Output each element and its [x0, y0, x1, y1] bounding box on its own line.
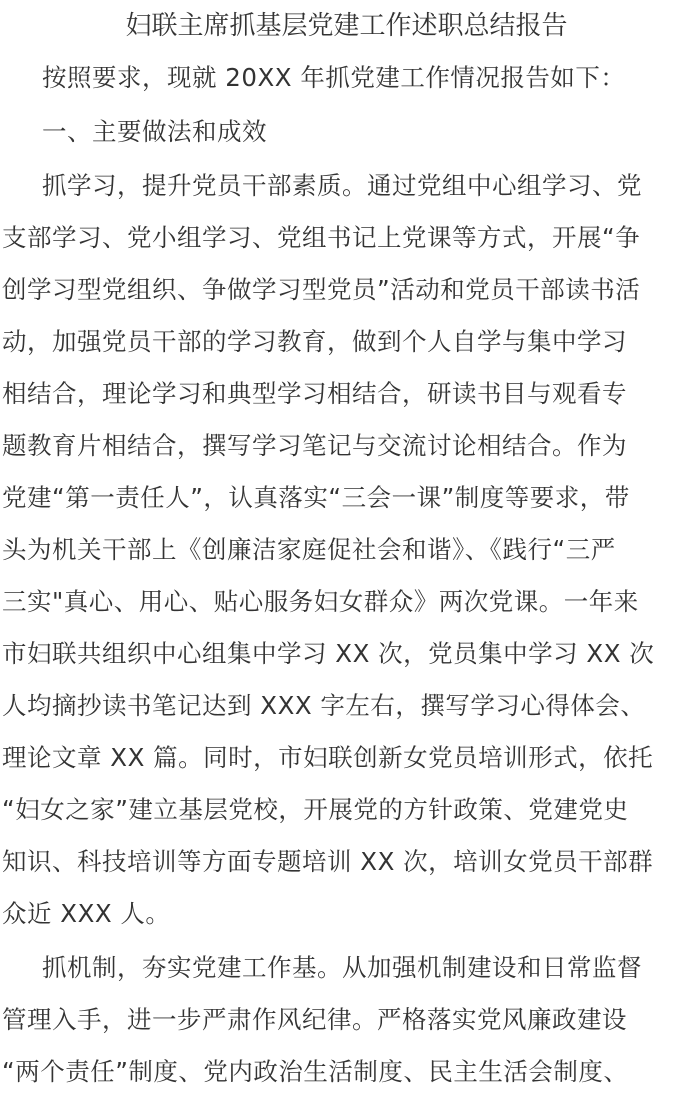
paragraph-line: 相结合，理论学习和典型学习相结合，研读书目与观看专: [2, 374, 693, 414]
section-heading: 一、主要做法和成效: [42, 112, 693, 152]
paragraph-line: 市妇联共组织中心组集中学习 XX 次，党员集中学习 XX 次: [2, 634, 693, 674]
paragraph-line: 党建“第一责任人”，认真落实“三会一课”制度等要求，带: [2, 478, 693, 518]
paragraph-line: “妇女之家”建立基层党校，开展党的方针政策、党建党史: [2, 790, 693, 830]
paragraph-line: 题教育片相结合，撰写学习笔记与交流讨论相结合。作为: [2, 426, 693, 466]
paragraph-line: 创学习型党组织、争做学习型党员”活动和党员干部读书活: [2, 270, 693, 310]
paragraph-line: 三实"真心、用心、贴心服务妇女群众》两次党课。一年来: [2, 582, 693, 622]
paragraph-line: “两个责任”制度、党内政治生活制度、民主生活会制度、: [2, 1052, 693, 1092]
paragraph-line: 众近 XXX 人。: [2, 894, 693, 934]
paragraph-line: 动，加强党员干部的学习教育，做到个人自学与集中学习: [2, 322, 693, 362]
document-title: 妇联主席抓基层党建工作述职总结报告: [0, 4, 693, 48]
paragraph-line: 理论文章 XX 篇。同时，市妇联创新女党员培训形式，依托: [2, 738, 693, 778]
paragraph-line: 头为机关干部上《创廉洁家庭促社会和谐》、《践行“三严: [2, 530, 693, 570]
paragraph-line: 支部学习、党小组学习、党组书记上党课等方式，开展“争: [2, 218, 693, 258]
paragraph-line: 抓机制，夯实党建工作基。从加强机制建设和日常监督: [42, 948, 693, 988]
paragraph-line: 人均摘抄读书笔记达到 XXX 字左右，撰写学习心得体会、: [2, 686, 693, 726]
paragraph-line: 抓学习，提升党员干部素质。通过党组中心组学习、党: [42, 166, 693, 206]
paragraph-line: 管理入手，进一步严肃作风纪律。严格落实党风廉政建设: [2, 1000, 693, 1040]
intro-line: 按照要求，现就 20XX 年抓党建工作情况报告如下：: [42, 58, 693, 98]
paragraph-line: 知识、科技培训等方面专题培训 XX 次，培训女党员干部群: [2, 842, 693, 882]
